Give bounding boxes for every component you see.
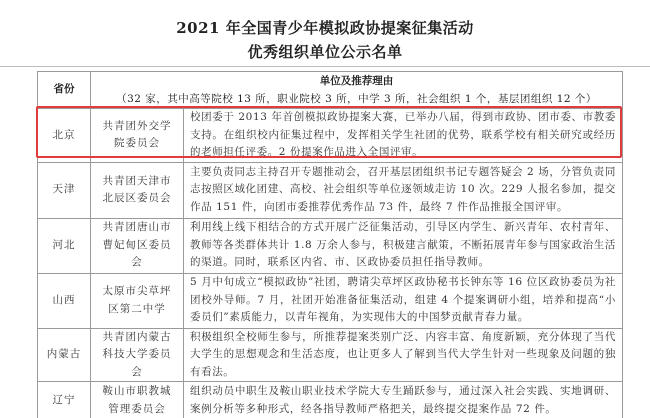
reason-cell: 组织动员中职生及鞍山职业技术学院大专生踊跃参与，通过深入社会实践、实地调研、案例… bbox=[184, 382, 623, 418]
table-row: 北京 共青团外交学院委员会 校团委于 2013 年首创模拟政协提案大赛，已举办八… bbox=[38, 109, 623, 163]
org-cell: 鞍山市职教城管理委员会 bbox=[91, 382, 184, 418]
province-cell: 天津 bbox=[38, 162, 91, 218]
org-cell: 共青团天津市北辰区委员会 bbox=[91, 162, 184, 218]
column-header-units: 单位及推荐理由 （32 家，其中高等院校 13 所，职业院校 3 所，中学 3 … bbox=[91, 72, 623, 109]
table-row: 山西 太原市尖草坪区第二中学 5 月中旬成立“模拟政协”社团，聘请尖草坪区政协秘… bbox=[38, 273, 623, 328]
organizations-table: 省份 单位及推荐理由 （32 家，其中高等院校 13 所，职业院校 3 所，中学… bbox=[37, 71, 623, 418]
org-cell: 共青团唐山市曹妃甸区委员会 bbox=[91, 218, 184, 273]
reason-cell: 利用线上线下相结合的方式开展广泛征集活动，引导区内学生、新兴青年、农村青年、教师… bbox=[184, 218, 623, 273]
org-cell: 共青团内蒙古科技大学委员会 bbox=[91, 328, 184, 382]
divider bbox=[0, 66, 650, 67]
document-title: 2021 年全国青少年模拟政协提案征集活动 bbox=[0, 17, 650, 38]
province-cell: 山西 bbox=[38, 273, 91, 328]
table-row: 河北 共青团唐山市曹妃甸区委员会 利用线上线下相结合的方式开展广泛征集活动，引导… bbox=[38, 218, 623, 273]
table-row: 天津 共青团天津市北辰区委员会 主要负责同志主持召开专题推动会，召开基层团组织书… bbox=[38, 162, 623, 218]
org-cell: 共青团外交学院委员会 bbox=[91, 109, 184, 163]
units-summary: （32 家，其中高等院校 13 所，职业院校 3 所，中学 3 所，社会组织 1… bbox=[97, 91, 616, 109]
province-cell: 内蒙古 bbox=[38, 328, 91, 382]
table-row: 内蒙古 共青团内蒙古科技大学委员会 积极组织全校师生参与，所推荐提案类别广泛、内… bbox=[38, 328, 623, 382]
column-header-province: 省份 bbox=[38, 72, 91, 109]
province-cell: 河北 bbox=[38, 218, 91, 273]
org-cell: 太原市尖草坪区第二中学 bbox=[91, 273, 184, 328]
table-header-row: 省份 单位及推荐理由 （32 家，其中高等院校 13 所，职业院校 3 所，中学… bbox=[38, 72, 623, 109]
province-cell: 北京 bbox=[38, 109, 91, 163]
table-row: 辽宁 鞍山市职教城管理委员会 组织动员中职生及鞍山职业技术学院大专生踊跃参与，通… bbox=[38, 382, 623, 418]
reason-cell: 主要负责同志主持召开专题推动会，召开基层团组织书记专题答疑会 2 场，分管负责同… bbox=[184, 162, 623, 218]
province-cell: 辽宁 bbox=[38, 382, 91, 418]
reason-cell: 积极组织全校师生参与，所推荐提案类别广泛、内容丰富、角度新颖，充分体现了当代大学… bbox=[184, 328, 623, 382]
reason-cell: 5 月中旬成立“模拟政协”社团，聘请尖草坪区政协秘书长钟东等 16 位区政协委员… bbox=[184, 273, 623, 328]
reason-cell: 校团委于 2013 年首创模拟政协提案大赛，已举办八届，得到市政协、团市委、市教… bbox=[184, 109, 623, 163]
units-header-title: 单位及推荐理由 bbox=[97, 72, 616, 91]
document-subtitle: 优秀组织单位公示名单 bbox=[0, 41, 650, 62]
